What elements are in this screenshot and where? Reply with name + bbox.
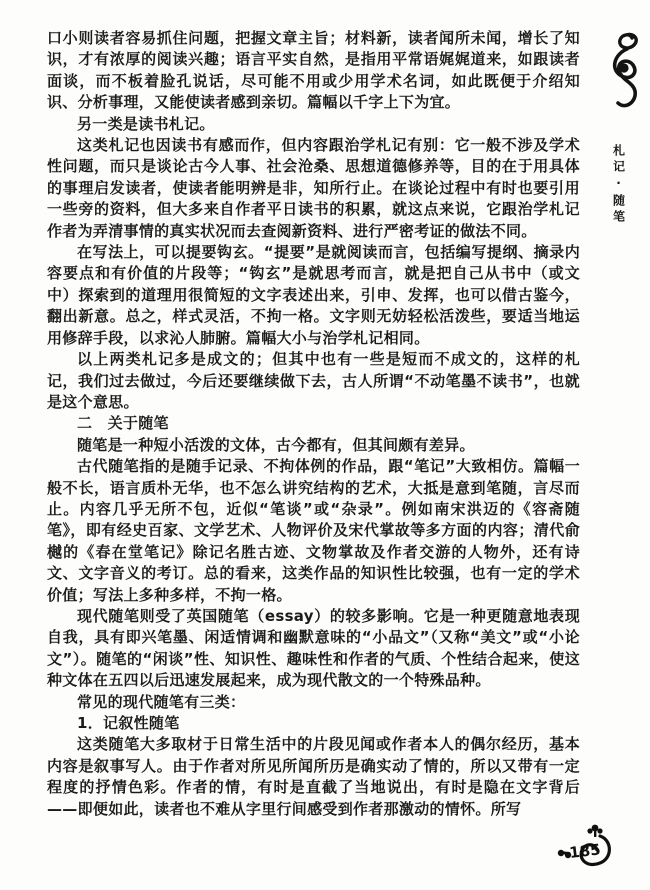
page-number-ornament: 185 [554, 822, 618, 874]
body-paragraph: 另一类是读书札记。 [47, 114, 580, 135]
body-paragraph: 在写法上，可以提要钩玄。“提要”是就阅读而言，包括编写提纲、摘录内容要点和有价值… [47, 242, 580, 349]
body-paragraph: 随笔是一种短小活泼的文体，古今都有，但其间颇有差异。 [47, 435, 580, 456]
section-heading: 二 关于随笔 [47, 413, 580, 434]
body-paragraph: 这类随笔大多取材于日常生活中的片段见闻或作者本人的偶尔经历，基本内容是叙事写人。… [47, 734, 580, 820]
margin-column: 札记·随笔 [596, 30, 642, 230]
body-paragraph: 古代随笔指的是随手记录、不拘体例的作品，跟“笔记”大致相仿。篇幅一般不长，语言质… [47, 456, 580, 606]
book-page: 口小则读者容易抓住问题，把握文章主旨；材料新，读者闻所未闻，增长了知识，才有浓厚… [0, 0, 650, 890]
body-paragraph: 口小则读者容易抓住问题，把握文章主旨；材料新，读者闻所未闻，增长了知识，才有浓厚… [47, 28, 580, 114]
body-paragraph: 这类札记也因读书有感而作，但内容跟治学札记有别：它一般不涉及学术性问题，而只是谈… [47, 135, 580, 242]
page-number: 185 [568, 840, 601, 862]
body-paragraph: 常见的现代随笔有三类： [47, 692, 580, 713]
body-paragraph: 以上两类札记多是成文的；但其中也有一些是短而不成文的，这样的札记，我们过去做过，… [47, 349, 580, 413]
section-heading: 1．记叙性随笔 [47, 713, 580, 734]
calligraphy-flourish-ornament [597, 30, 641, 122]
body-paragraph: 现代随笔则受了英国随笔（essay）的较多影响。它是一种更随意地表现自我，具有即… [47, 606, 580, 692]
page-number-block: 185 [554, 822, 618, 874]
margin-title: 札记·随笔 [611, 144, 628, 226]
text-block: 口小则读者容易抓住问题，把握文章主旨；材料新，读者闻所未闻，增长了知识，才有浓厚… [47, 28, 580, 820]
